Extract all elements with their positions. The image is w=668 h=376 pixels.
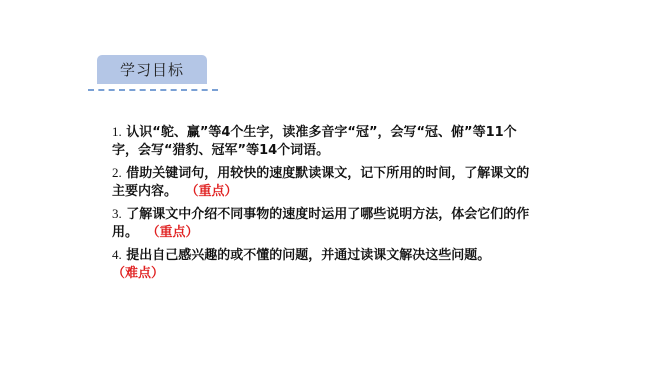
difficult-point-tag: （难点） — [112, 265, 542, 283]
objectives-list: 1. 认识“鸵、赢”等4个生字，读准多音字“冠”，会写“冠、俯”等11个字，会写… — [112, 123, 542, 287]
objective-number: 3. — [112, 206, 122, 221]
section-title-tab: 学习目标 — [97, 55, 207, 84]
objective-item-2: 2. 借助关键词句，用较快的速度默读课文，记下所用的时间，了解课文的主要内容。 … — [112, 164, 542, 201]
objective-item-1: 1. 认识“鸵、赢”等4个生字，读准多音字“冠”，会写“冠、俯”等11个字，会写… — [112, 123, 542, 160]
objective-number: 1. — [112, 124, 122, 139]
dashed-divider — [88, 89, 218, 91]
key-point-tag: （重点） — [186, 184, 238, 199]
section-title: 学习目标 — [120, 59, 184, 80]
objective-text: 提出自己感兴趣的或不懂的问题，并通过读课文解决这些问题。 — [126, 248, 490, 263]
slide: 学习目标 1. 认识“鸵、赢”等4个生字，读准多音字“冠”，会写“冠、俯”等11… — [0, 0, 668, 376]
objective-item-3: 3. 了解课文中介绍不同事物的速度时运用了哪些说明方法，体会它们的作用。 （重点… — [112, 205, 542, 242]
objective-text: 借助关键词句，用较快的速度默读课文，记下所用的时间，了解课文的主要内容。 — [112, 166, 529, 199]
objective-number: 4. — [112, 247, 122, 262]
objective-number: 2. — [112, 165, 122, 180]
key-point-tag: （重点） — [147, 225, 199, 240]
objective-item-4: 4. 提出自己感兴趣的或不懂的问题，并通过读课文解决这些问题。 （难点） — [112, 246, 542, 283]
objective-text: 认识“鸵、赢”等4个生字，读准多音字“冠”，会写“冠、俯”等11个字，会写“猎豹… — [112, 125, 517, 158]
